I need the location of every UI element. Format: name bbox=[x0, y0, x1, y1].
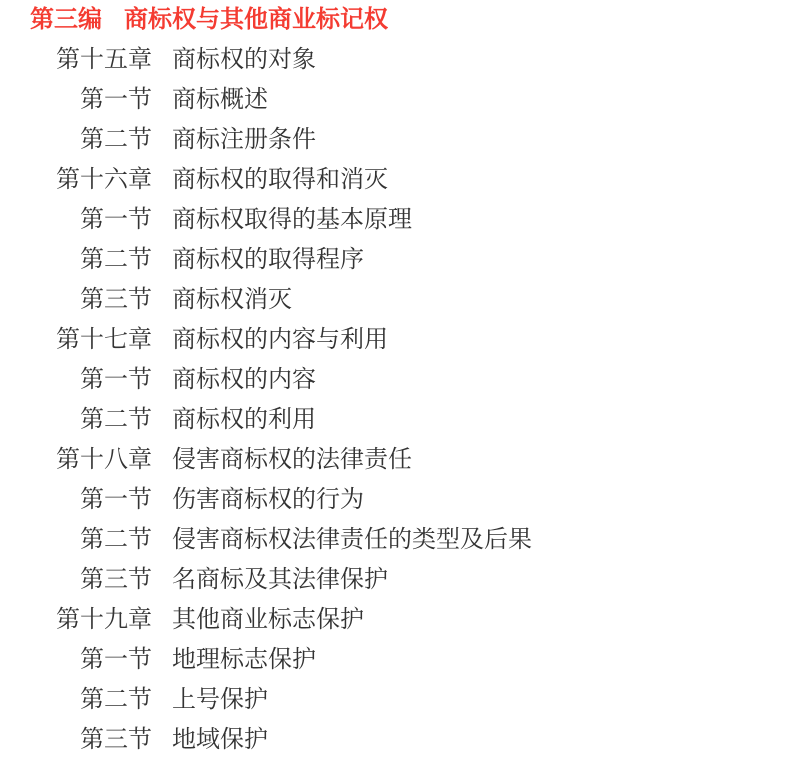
toc-entry-number: 第十五章 bbox=[30, 40, 152, 80]
toc-entry-title: 商标权的取得和消灭 bbox=[172, 160, 388, 200]
toc-entry-number: 第二节 bbox=[30, 240, 152, 280]
toc-entry-title: 上号保护 bbox=[172, 680, 268, 720]
toc-entry-section[interactable]: 第二节 侵害商标权法律责任的类型及后果 bbox=[0, 520, 790, 560]
toc-entry-title: 伤害商标权的行为 bbox=[172, 480, 364, 520]
toc-entry-title: 商标权的取得程序 bbox=[172, 240, 364, 280]
toc-entry-chapter[interactable]: 第十六章 商标权的取得和消灭 bbox=[0, 160, 790, 200]
toc-entry-title: 侵害商标权的法律责任 bbox=[172, 440, 412, 480]
toc-entry-title: 商标权取得的基本原理 bbox=[172, 200, 412, 240]
toc-entry-number: 第一节 bbox=[30, 640, 152, 680]
toc-entry-section[interactable]: 第一节 地理标志保护 bbox=[0, 640, 790, 680]
toc-entry-number: 第二节 bbox=[30, 400, 152, 440]
toc-entry-section[interactable]: 第二节 商标注册条件 bbox=[0, 120, 790, 160]
toc-page: 第三编 商标权与其他商业标记权 第十五章 商标权的对象 第一节 商标概述 第二节… bbox=[0, 0, 790, 758]
toc-entry-section[interactable]: 第二节 商标权的利用 bbox=[0, 400, 790, 440]
toc-entry-number: 第一节 bbox=[30, 480, 152, 520]
part-title: 商标权与其他商业标记权 bbox=[124, 0, 388, 40]
toc-entry-section[interactable]: 第一节 商标权的内容 bbox=[0, 360, 790, 400]
toc-entry-number: 第二节 bbox=[30, 120, 152, 160]
toc-entry-title: 名商标及其法律保护 bbox=[172, 560, 388, 600]
toc-entry-number: 第三节 bbox=[30, 720, 152, 758]
toc-part-heading: 第三编 商标权与其他商业标记权 bbox=[0, 0, 790, 40]
toc-entry-title: 商标权的内容与利用 bbox=[172, 320, 388, 360]
toc-entry-title: 商标权的对象 bbox=[172, 40, 316, 80]
toc-entry-chapter[interactable]: 第十九章 其他商业标志保护 bbox=[0, 600, 790, 640]
toc-entry-number: 第二节 bbox=[30, 520, 152, 560]
toc-entry-title: 商标权的利用 bbox=[172, 400, 316, 440]
toc-entry-title: 地理标志保护 bbox=[172, 640, 316, 680]
toc-entry-number: 第三节 bbox=[30, 280, 152, 320]
toc-entry-chapter[interactable]: 第十五章 商标权的对象 bbox=[0, 40, 790, 80]
toc-entry-section[interactable]: 第一节 商标概述 bbox=[0, 80, 790, 120]
toc-entry-chapter[interactable]: 第十八章 侵害商标权的法律责任 bbox=[0, 440, 790, 480]
toc-entry-number: 第十七章 bbox=[30, 320, 152, 360]
toc-entry-number: 第一节 bbox=[30, 360, 152, 400]
toc-entry-title: 地域保护 bbox=[172, 720, 268, 758]
toc-entry-section[interactable]: 第二节 商标权的取得程序 bbox=[0, 240, 790, 280]
toc-entry-number: 第三节 bbox=[30, 560, 152, 600]
toc-entry-title: 其他商业标志保护 bbox=[172, 600, 364, 640]
toc-entry-chapter[interactable]: 第十七章 商标权的内容与利用 bbox=[0, 320, 790, 360]
toc-entry-section[interactable]: 第一节 商标权取得的基本原理 bbox=[0, 200, 790, 240]
toc-entry-number: 第十六章 bbox=[30, 160, 152, 200]
toc-entry-section[interactable]: 第三节 名商标及其法律保护 bbox=[0, 560, 790, 600]
toc-entry-number: 第一节 bbox=[30, 80, 152, 120]
toc-entry-section[interactable]: 第三节 地域保护 bbox=[0, 720, 790, 758]
toc-entry-title: 侵害商标权法律责任的类型及后果 bbox=[172, 520, 532, 560]
toc-entry-section[interactable]: 第一节 伤害商标权的行为 bbox=[0, 480, 790, 520]
toc-entry-section[interactable]: 第三节 商标权消灭 bbox=[0, 280, 790, 320]
toc-entry-number: 第一节 bbox=[30, 200, 152, 240]
toc-entry-title: 商标权的内容 bbox=[172, 360, 316, 400]
toc-list: 第十五章 商标权的对象 第一节 商标概述 第二节 商标注册条件 第十六章 商标权… bbox=[0, 40, 790, 758]
toc-entry-title: 商标概述 bbox=[172, 80, 268, 120]
toc-entry-number: 第十八章 bbox=[30, 440, 152, 480]
toc-entry-number: 第二节 bbox=[30, 680, 152, 720]
part-number: 第三编 bbox=[30, 0, 102, 40]
toc-entry-number: 第十九章 bbox=[30, 600, 152, 640]
toc-entry-section[interactable]: 第二节 上号保护 bbox=[0, 680, 790, 720]
toc-entry-title: 商标注册条件 bbox=[172, 120, 316, 160]
toc-entry-title: 商标权消灭 bbox=[172, 280, 292, 320]
